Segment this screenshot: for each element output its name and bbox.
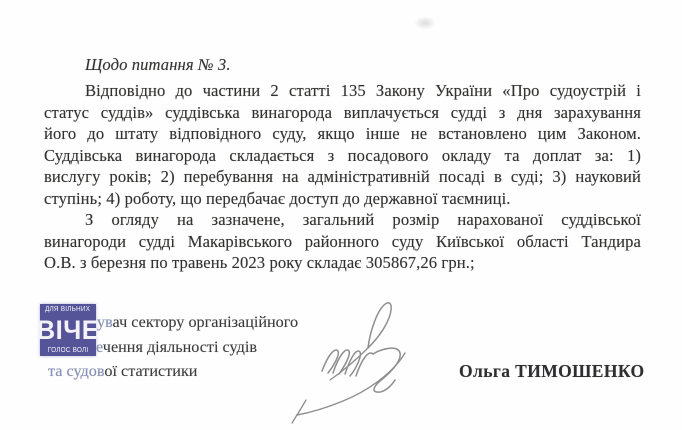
signer-name: Ольга ТИМОШЕНКО	[459, 361, 645, 382]
signer-title-line-3: та судової статистики	[48, 361, 197, 381]
scanned-document-page: Щодо питання № 3. Відповідно до частини …	[0, 0, 682, 430]
stamp-top-text: ДЛЯ ВІЛЬНИХ	[45, 306, 90, 313]
body-line: Відповідно до частини 2 статті 135 Закон…	[44, 80, 641, 101]
body-line: винагороди судді Макарівського районного…	[44, 231, 641, 252]
tinted-fragment: ув	[97, 313, 113, 331]
body-line: З огляду на зазначене, загальний розмір …	[44, 209, 641, 230]
document-body: Щодо питання № 3. Відповідно до частини …	[44, 54, 641, 274]
stamp-main-text: ВІЧЕ	[37, 317, 100, 343]
handwritten-signature-icon	[288, 293, 426, 427]
body-line: статус суддів» суддівська винагорода вип…	[44, 102, 641, 123]
stamp-bottom-text: ГОЛОС ВОЛІ	[48, 347, 89, 354]
question-heading: Щодо питання № 3.	[44, 54, 641, 75]
signer-title-line-2: ечення діяльності судів	[96, 337, 257, 357]
body-line: його до штату відповідного суду, якщо ін…	[44, 123, 641, 144]
body-line: ступінь; 4) роботу, що передбачає доступ…	[44, 188, 641, 209]
title-fragment: ач сектору організаційного	[113, 313, 299, 331]
title-fragment: чення діяльності судів	[103, 338, 257, 356]
viche-watermark-stamp: ДЛЯ ВІЛЬНИХ ВІЧЕ ГОЛОС ВОЛІ	[40, 304, 96, 356]
body-line: вислугу років; 2) перебування на адмініс…	[44, 166, 641, 187]
tinted-fragment: та судов	[48, 362, 104, 380]
scan-smudge	[414, 16, 436, 30]
body-line: О.В. з березня по травень 2023 року скла…	[44, 252, 641, 273]
tinted-fragment: е	[96, 338, 103, 356]
body-line: Суддівська винагорода складається з поса…	[44, 145, 641, 166]
title-fragment: ої статистики	[104, 362, 197, 380]
signer-title-line-1: увач сектору організаційного	[97, 312, 298, 332]
